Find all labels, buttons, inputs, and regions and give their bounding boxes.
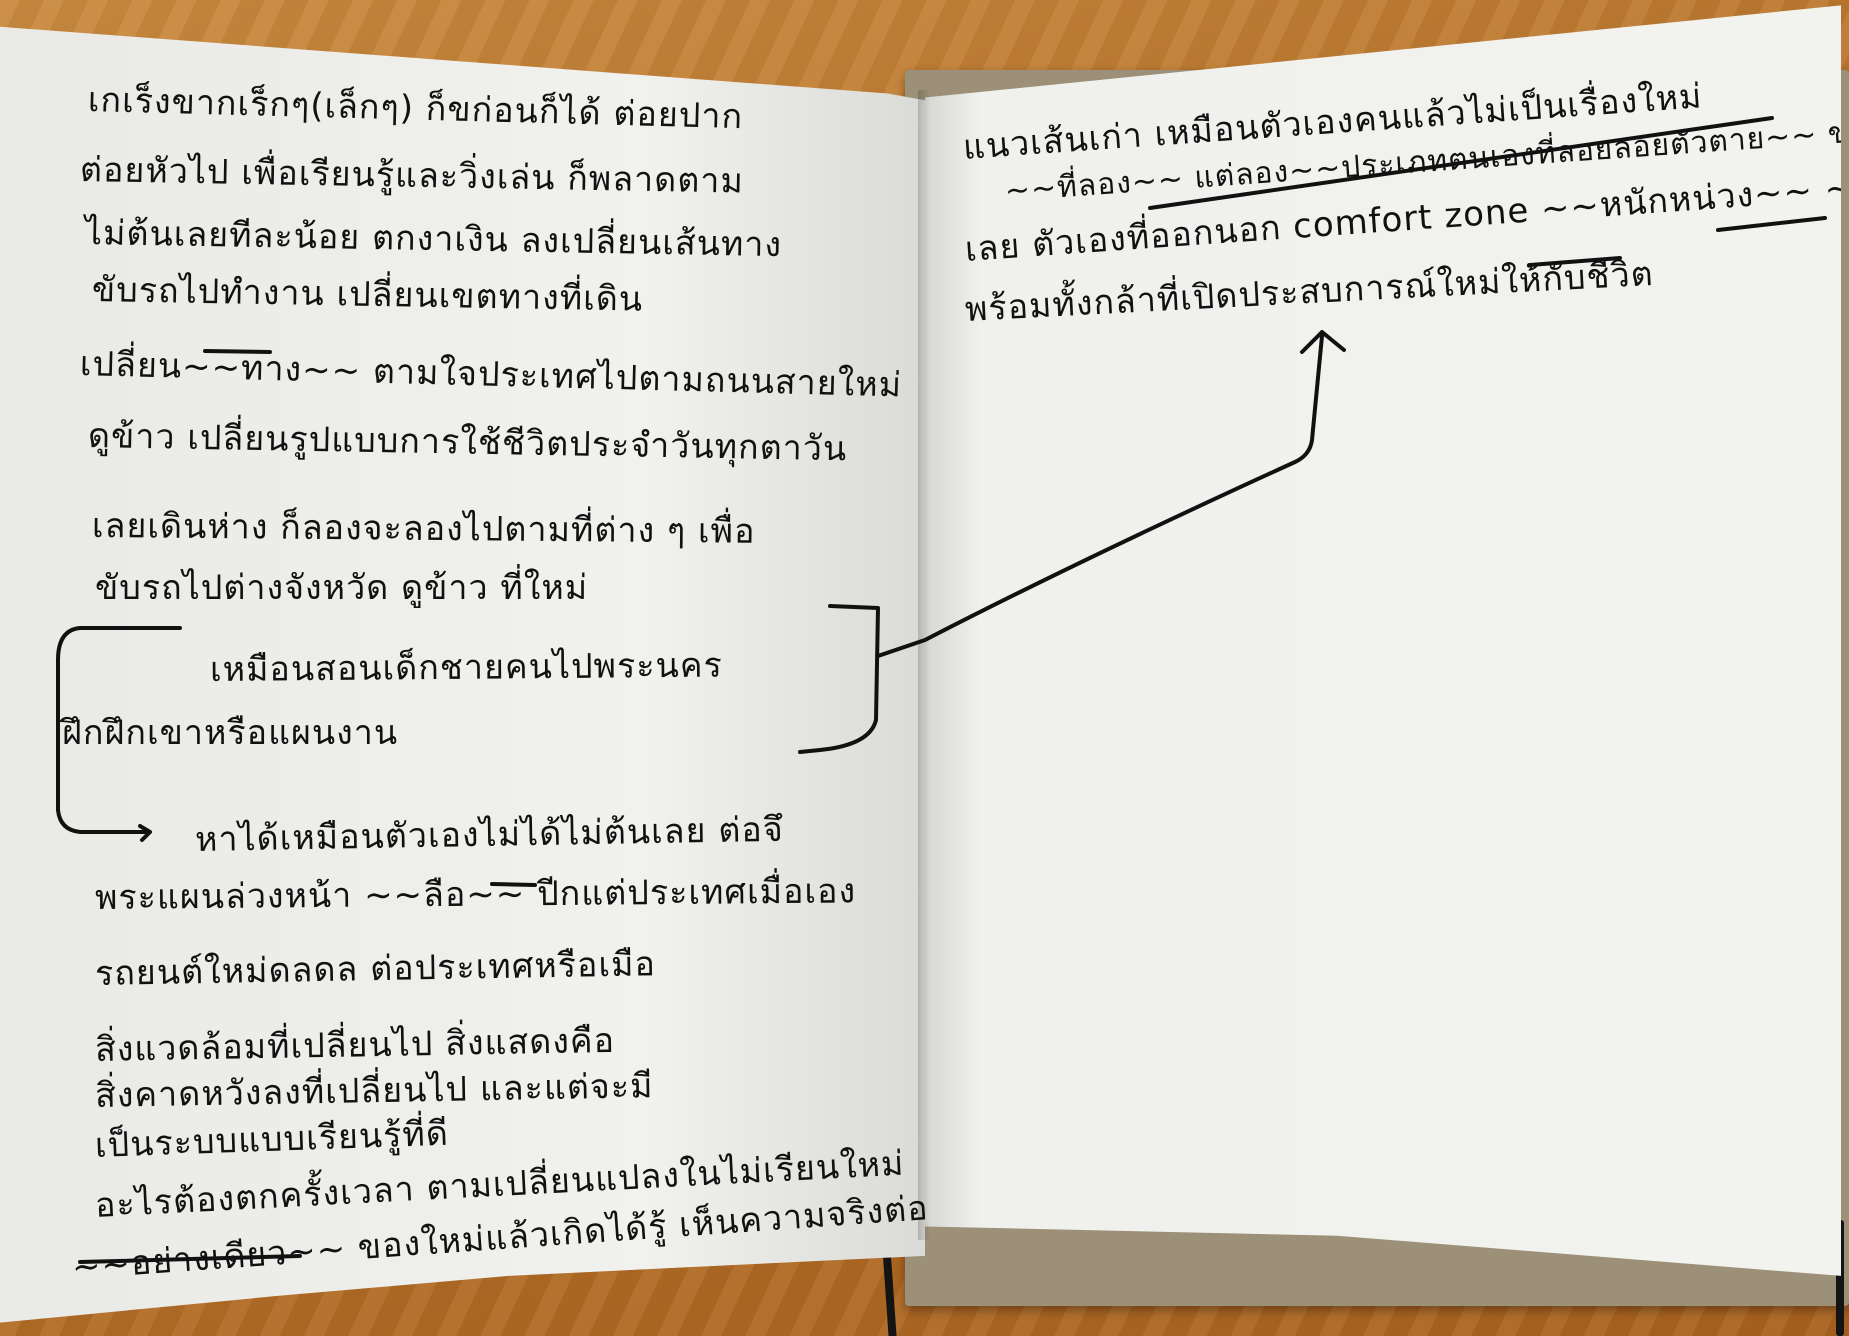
strikethrough-mark	[80, 1256, 300, 1262]
strikethrough-mark	[1150, 118, 1772, 208]
bracket-icon	[800, 606, 878, 752]
bracket-icon	[58, 628, 180, 840]
strikethrough-mark	[1718, 218, 1825, 230]
strikethrough-mark	[1530, 258, 1620, 265]
strikethrough-mark	[205, 351, 270, 352]
ink-annotations	[0, 0, 1849, 1336]
arrow-icon	[878, 336, 1322, 656]
strikethrough-mark	[492, 884, 535, 885]
